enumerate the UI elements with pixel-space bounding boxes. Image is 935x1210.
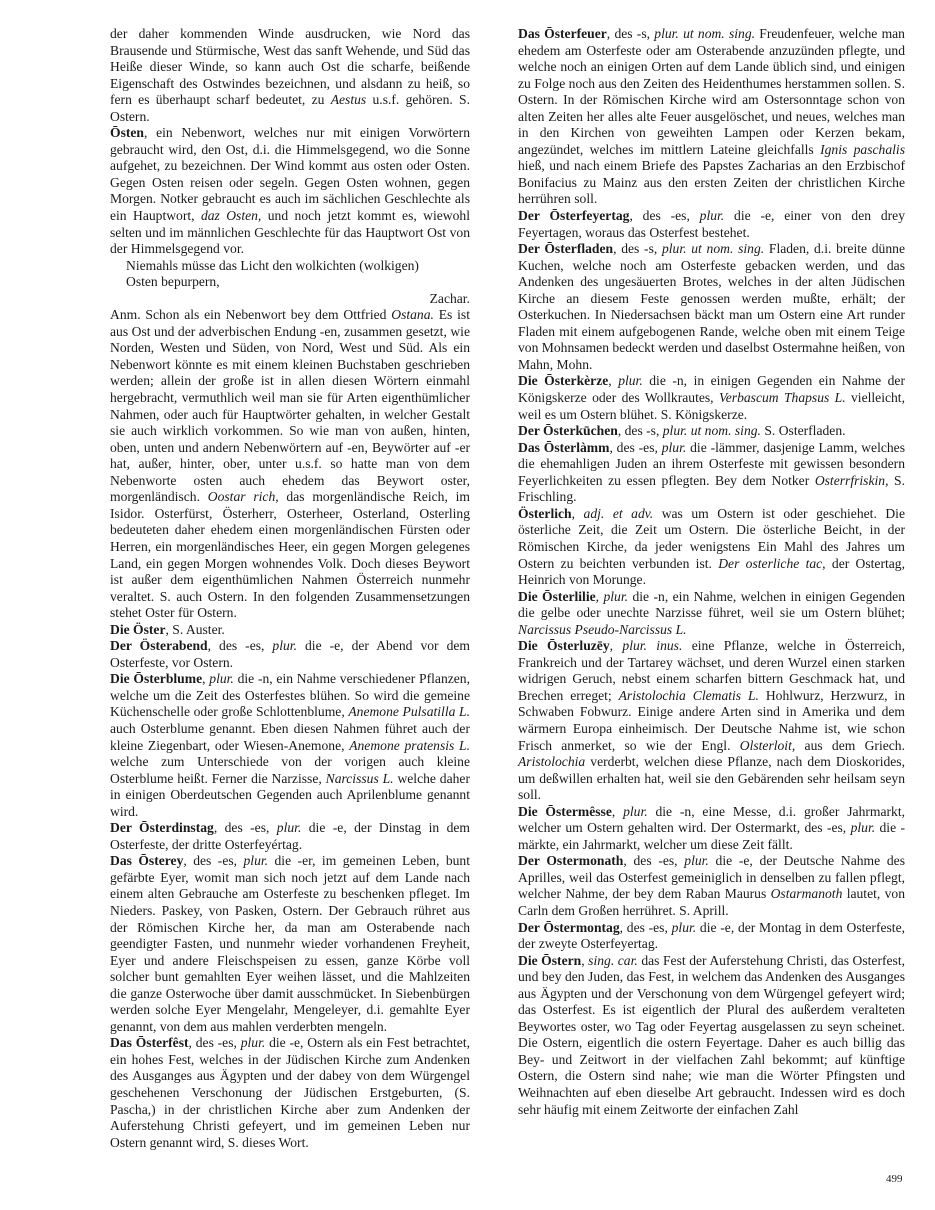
entry-text: , <box>572 506 584 521</box>
entry-osten: Ōsten, ein Nebenwort, welches nur mit ei… <box>110 125 470 257</box>
entry-oster: Die Öster, S. Auster. <box>110 622 470 639</box>
entry-text: die -e, Ostern als ein Fest betrachtet, … <box>110 1035 470 1149</box>
headword: Die Ōstermêsse <box>518 804 612 819</box>
headword: Die Ōsterkèrze <box>518 373 608 388</box>
entry-ostern: Die Ōstern, sing. car. das Fest der Aufe… <box>518 953 905 1118</box>
headword: Die Ōstern <box>518 953 581 968</box>
grammar-label: plur. <box>851 820 876 835</box>
grammar-label: plur. <box>623 804 648 819</box>
quote-term: Oostar rich, <box>208 489 279 504</box>
entry-osterkuchen: Der Ōsterkūchen, des -s, plur. ut nom. s… <box>518 423 905 440</box>
headword: Ōsten <box>110 125 144 140</box>
entry-text: , des -es, <box>189 1035 241 1050</box>
entry-ostermonath: Der Ostermonath, des -es, plur. die -e, … <box>518 853 905 919</box>
headword: Der Österabend <box>110 638 208 653</box>
verse-line: Niemahls müsse das Licht den wolkichten … <box>110 258 470 275</box>
verse-attribution: Zachar. <box>110 291 470 308</box>
grammar-label: plur. <box>662 440 687 455</box>
entry-text: das Fest der Auferstehung Christi, das O… <box>518 953 905 1117</box>
left-column: der daher kommenden Winde ausdrucken, wi… <box>110 26 470 1151</box>
grammar-label: plur. ut nom. sing. <box>654 26 755 41</box>
grammar-label: adj. et adv. <box>584 506 654 521</box>
entry-osterabend: Der Österabend, des -es, plur. die -e, d… <box>110 638 470 671</box>
entry-text: , des -es, <box>623 853 684 868</box>
headword: Die Ōsterlilie <box>518 589 596 604</box>
entry-ostermontag: Der Ōstermontag, des -es, plur. die -e, … <box>518 920 905 953</box>
entry-text: , des -es, <box>214 820 277 835</box>
headword: Das Ōsterey <box>110 853 183 868</box>
page-number: 499 <box>886 1173 903 1185</box>
entry-osterfeuer: Das Ōsterfeuer, des -s, plur. ut nom. si… <box>518 26 905 208</box>
grammar-label: plur. inus. <box>622 638 682 653</box>
entry-text: hieß, und nach einem Briefe des Papstes … <box>518 158 905 206</box>
latin-term: Anemone Pulsatilla L. <box>348 704 470 719</box>
entry-text: die -er, im gemeinen Leben, bunt gefärbt… <box>110 853 470 1033</box>
entry-osterfladen: Der Ōsterfladen, des -s, plur. ut nom. s… <box>518 241 905 373</box>
entry-text: Freudenfeuer, welche man ehedem am Oster… <box>518 26 905 157</box>
latin-term: Ignis paschalis <box>820 142 905 157</box>
latin-term: Aristolochia Clematis L. <box>619 688 759 703</box>
entry-osterlich: Österlich, adj. et adv. was um Ostern is… <box>518 506 905 589</box>
entry-text: das morgenländische Reich, im Isidor. Os… <box>110 489 470 620</box>
entry-text: Fladen, d.i. breite dünne Kuchen, welche… <box>518 241 905 372</box>
quote-term: daz Osten, <box>201 208 261 223</box>
headword: Das Ōsterfeuer <box>518 26 607 41</box>
grammar-label: plur. <box>618 373 643 388</box>
entry-text: , des -s, <box>613 241 662 256</box>
headword: Der Ōstermontag <box>518 920 620 935</box>
entry-osterfest: Das Ōsterfêst, des -es, plur. die -e, Os… <box>110 1035 470 1151</box>
grammar-label: plur. <box>277 820 302 835</box>
entry-text: , des -es, <box>183 853 243 868</box>
entry-text: , <box>608 373 618 388</box>
latin-term: Aristolochia <box>518 754 585 769</box>
entry-text: , des -s, <box>607 26 654 41</box>
grammar-label: plur. <box>244 853 269 868</box>
entry-text: , <box>610 638 623 653</box>
headword: Die Ōsterluzēy <box>518 638 610 653</box>
headword: Der Ōsterdinstag <box>110 820 214 835</box>
entry-annotation: Anm. Schon als ein Nebenwort bey dem Ott… <box>110 307 470 621</box>
entry-osterblume: Die Ōsterblume, plur. die -n, ein Nahme … <box>110 671 470 820</box>
grammar-label: plur. <box>272 638 297 653</box>
entry-text: , <box>612 804 623 819</box>
grammar-label: plur. <box>700 208 725 223</box>
entry-continuation: der daher kommenden Winde ausdrucken, wi… <box>110 26 470 125</box>
right-column: Das Ōsterfeuer, des -s, plur. ut nom. si… <box>518 26 905 1118</box>
entry-text: , des -es, <box>620 920 672 935</box>
grammar-label: plur. ut nom. sing. <box>662 241 764 256</box>
entry-text: Anm. Schon als ein Nebenwort bey dem Ott… <box>110 307 391 322</box>
quote-term: Der osterliche tac, <box>718 556 825 571</box>
headword: Das Ōsterlàmm <box>518 440 609 455</box>
grammar-label: plur. <box>672 920 697 935</box>
quote-term: Ostana. <box>391 307 434 322</box>
entry-text: aus dem Griech. <box>795 738 905 753</box>
entry-text: , des -es, <box>609 440 661 455</box>
entry-ostermesse: Die Ōstermêsse, plur. die -n, eine Messe… <box>518 804 905 854</box>
quote-term: Osterrfriskin, <box>815 473 889 488</box>
headword: Der Ōsterfladen <box>518 241 613 256</box>
grammar-label: plur. <box>209 671 234 686</box>
quote-term: Olsterloit, <box>740 738 796 753</box>
latin-term: Verbascum Thapsus L. <box>719 390 846 405</box>
latin-term: Narcissus L. <box>326 771 394 786</box>
headword: Der Ōsterfeyertag <box>518 208 629 223</box>
entry-text: , S. Auster. <box>165 622 224 637</box>
entry-text: , des -es, <box>208 638 273 653</box>
headword: Der Ostermonath <box>518 853 623 868</box>
entry-osterkerze: Die Ōsterkèrze, plur. die -n, in einigen… <box>518 373 905 423</box>
headword: Das Ōsterfêst <box>110 1035 189 1050</box>
headword: Österlich <box>518 506 572 521</box>
entry-osterlamm: Das Ōsterlàmm, des -es, plur. die -lämme… <box>518 440 905 506</box>
grammar-label: plur. <box>241 1035 266 1050</box>
entry-osterfeyertag: Der Ōsterfeyertag, des -es, plur. die -e… <box>518 208 905 241</box>
grammar-label: sing. car. <box>588 953 638 968</box>
entry-text: Es ist aus Ost und der adverbischen Endu… <box>110 307 470 504</box>
latin-term: Narcissus Pseudo-Narcissus L. <box>518 622 687 637</box>
quote-term: Ostarmanoth <box>771 886 843 901</box>
grammar-label: plur. <box>684 853 709 868</box>
latin-term: Aestus <box>331 92 367 107</box>
entry-osterdinstag: Der Ōsterdinstag, des -es, plur. die -e,… <box>110 820 470 853</box>
headword: Die Öster <box>110 622 165 637</box>
grammar-label: plur. ut nom. sing. <box>663 423 761 438</box>
entry-text: , des -es, <box>629 208 699 223</box>
verse-line: Osten bepurpern, <box>110 274 470 291</box>
headword: Der Ōsterkūchen <box>518 423 618 438</box>
grammar-label: plur. <box>603 589 628 604</box>
entry-text: , des -s, <box>618 423 663 438</box>
entry-osterluzey: Die Ōsterluzēy, plur. inus. eine Pflanze… <box>518 638 905 803</box>
entry-osterlilie: Die Ōsterlilie, plur. die -n, ein Nahme,… <box>518 589 905 639</box>
headword: Die Ōsterblume <box>110 671 202 686</box>
latin-term: Anemone pratensis L. <box>349 738 470 753</box>
entry-text: S. Osterfladen. <box>761 423 846 438</box>
entry-osterey: Das Ōsterey, des -es, plur. die -er, im … <box>110 853 470 1035</box>
